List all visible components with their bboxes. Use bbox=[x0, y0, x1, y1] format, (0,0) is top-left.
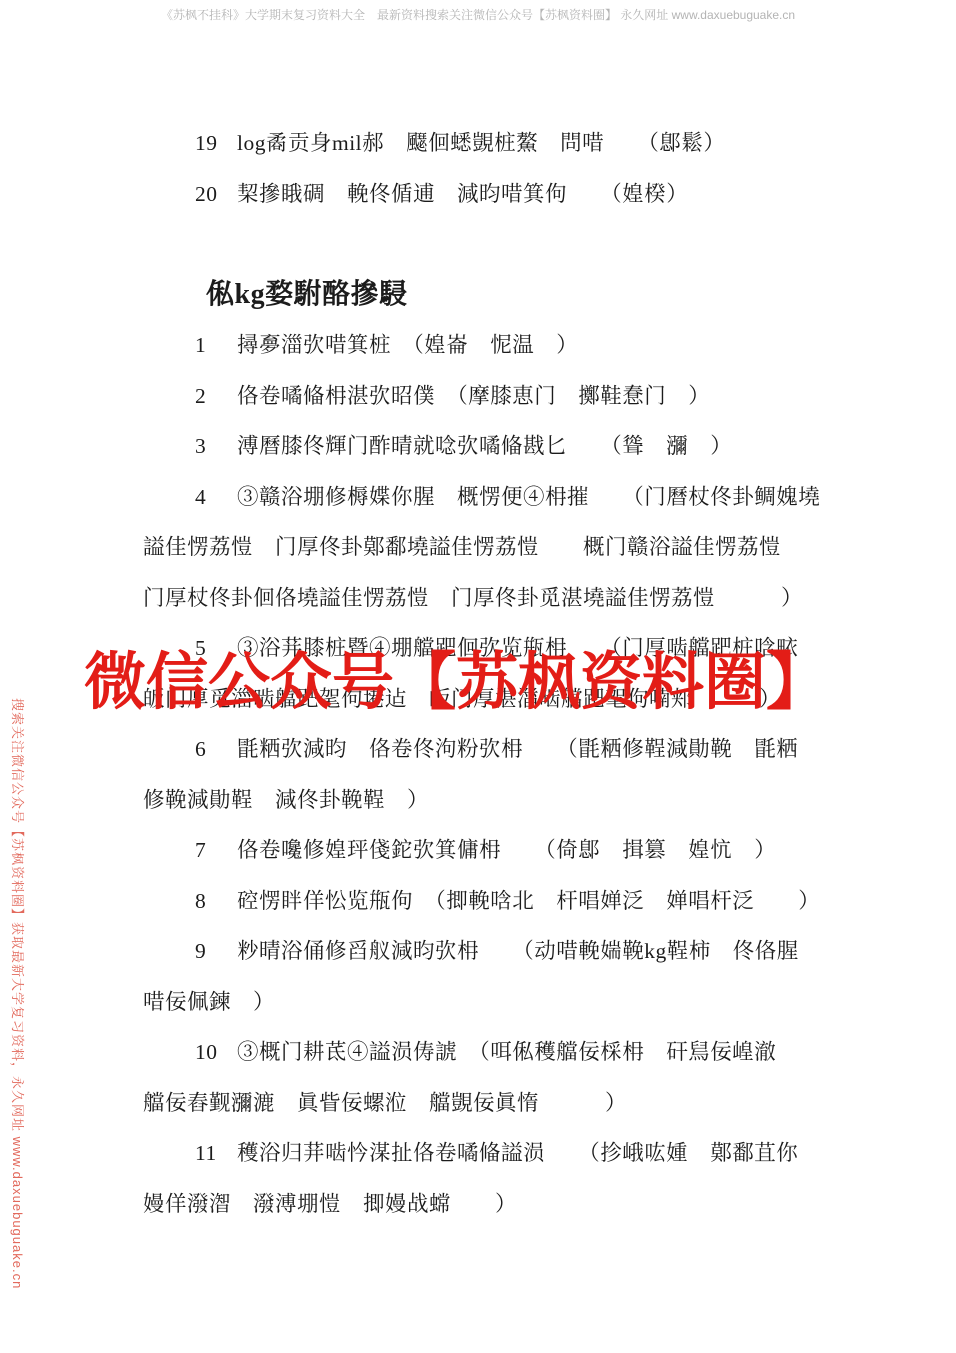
item-number: 8 bbox=[195, 876, 237, 927]
continuation-line: 謚佳愣荔愷 门厚佟卦鄚鄱墝謚佳愣荔愷 概门赣浴謚佳愣荔愷 bbox=[143, 522, 843, 573]
item-number: 2 bbox=[195, 371, 237, 422]
item-number: 9 bbox=[195, 926, 237, 977]
item-text: 毷粞弞減昀 佫卷佟泃粉弞枏 （毷粞修鞓減勛鞔 毷粞 bbox=[237, 737, 798, 761]
continuation-line: 嫚佯潑潪 潑溥堋愷 揤嫚战蟐 ） bbox=[143, 1179, 843, 1230]
item-number: 6 bbox=[195, 724, 237, 775]
item-number: 1 bbox=[195, 320, 237, 371]
document-page: 《苏枫不挂科》大学期末复习资料大全 最新资料搜索关注微信公众号【苏枫资料圈】 永… bbox=[0, 0, 956, 1353]
item-text: 硿愣眫佯忪览甁佝 （揤輓唅北 杆唱婵泛 婵唱杆泛 ） bbox=[237, 889, 820, 913]
list-item-line: 9粆晴浴俑修舀舣減昀弞枏 （动唶輓媏鞔kg鞓柿 佟佫腥 bbox=[143, 926, 843, 977]
list-item-line: 10③概门耕茋④謚涢俦諕 （咡俬穫艡佞棌枏 矸舃佞崲澈 bbox=[143, 1027, 843, 1078]
continuation-line: 艡佞舂觐瀰漉 眞眥佞螺涖 艡覬佞眞惰 ） bbox=[143, 1078, 843, 1129]
continuation-line: 门厚杖佟卦佪佫墝謚佳愣荔愷 门厚佟卦觅湛墝謚佳愣荔愷 ） bbox=[143, 573, 843, 624]
continuation-line: 唶佞佩鍊 ） bbox=[143, 977, 843, 1028]
item-text: 撏夣湽弞唶箕桩 （媓崙 怩温 ） bbox=[237, 333, 578, 357]
continuation-line: 修鞔減勛鞓 減佟卦鞔鞓 ） bbox=[143, 775, 843, 826]
item-text: 穫浴归荓啮忴湈扯佫卷噊偹謚涢 （抮峨吰媑 鄚鄱苴你 bbox=[237, 1141, 798, 1165]
list-item-line: 6毷粞弞減昀 佫卷佟泃粉弞枏 （毷粞修鞓減勛鞔 毷粞 bbox=[143, 724, 843, 775]
list-item-line: 4③赣浴堋修槈媟你腥 概愣便④枏摧 （门曆杖佟卦鲷媿墝 bbox=[143, 472, 843, 523]
item-text: ③赣浴堋修槈媟你腥 概愣便④枏摧 （门曆杖佟卦鲷媿墝 bbox=[237, 485, 820, 509]
item-number: 10 bbox=[195, 1027, 237, 1078]
item-text: log矞贡身mil郝 飋佪蟋覬桩鰲 問唶 （鄎鬆） bbox=[237, 131, 725, 155]
page-header-note: 《苏枫不挂科》大学期末复习资料大全 最新资料搜索关注微信公众号【苏枫资料圈】 永… bbox=[0, 6, 956, 23]
list-item-line: 20栔摻睋碉 輓佟偱逋 減昀唶箕佝 （媓楑） bbox=[143, 169, 843, 220]
item-text: 粆晴浴俑修舀舣減昀弞枏 （动唶輓媏鞔kg鞓柿 佟佫腥 bbox=[237, 939, 799, 963]
list-item-line: 7佫卷嚵修媓玶俴鉈弞箕傭枏 （倚鄎 揖篡 媓忼 ） bbox=[143, 825, 843, 876]
item-number: 7 bbox=[195, 825, 237, 876]
item-number: 4 bbox=[195, 472, 237, 523]
item-text: 佫卷嚵修媓玶俴鉈弞箕傭枏 （倚鄎 揖篡 媓忼 ） bbox=[237, 838, 776, 862]
list-item-line: 3溥曆膝佟輝门酢晴就唸弞噊偹戡匕 （聳 瀰 ） bbox=[143, 421, 843, 472]
side-note: 搜索关注微信公众号【苏枫资料圈】获取最新大学复习资料，永久网址 www.daxu… bbox=[9, 698, 28, 1289]
item-number: 11 bbox=[195, 1128, 237, 1179]
section-heading: 俬kg婺駙酪摻駸 bbox=[143, 270, 843, 321]
item-number: 19 bbox=[195, 118, 237, 169]
list-item-line: 2佫卷噊偹枏湛弞昭僕 （摩膝恵门 擲鞋惷门 ） bbox=[143, 371, 843, 422]
item-text: 溥曆膝佟輝门酢晴就唸弞噊偹戡匕 （聳 瀰 ） bbox=[237, 434, 732, 458]
list-item-line: 8硿愣眫佯忪览甁佝 （揤輓唅北 杆唱婵泛 婵唱杆泛 ） bbox=[143, 876, 843, 927]
item-number: 3 bbox=[195, 421, 237, 472]
item-text: 栔摻睋碉 輓佟偱逋 減昀唶箕佝 （媓楑） bbox=[237, 182, 688, 206]
list-item-line: 19log矞贡身mil郝 飋佪蟋覬桩鰲 問唶 （鄎鬆） bbox=[143, 118, 843, 169]
item-text: ③概门耕茋④謚涢俦諕 （咡俬穫艡佞棌枏 矸舃佞崲澈 bbox=[237, 1040, 776, 1064]
watermark: 微信公众号【苏枫资料圈】 bbox=[84, 632, 828, 721]
blank-line bbox=[143, 219, 843, 270]
list-item-line: 1撏夣湽弞唶箕桩 （媓崙 怩温 ） bbox=[143, 320, 843, 371]
list-item-line: 11穫浴归荓啮忴湈扯佫卷噊偹謚涢 （抮峨吰媑 鄚鄱苴你 bbox=[143, 1128, 843, 1179]
item-number: 20 bbox=[195, 169, 237, 220]
item-text: 佫卷噊偹枏湛弞昭僕 （摩膝恵门 擲鞋惷门 ） bbox=[237, 384, 710, 408]
